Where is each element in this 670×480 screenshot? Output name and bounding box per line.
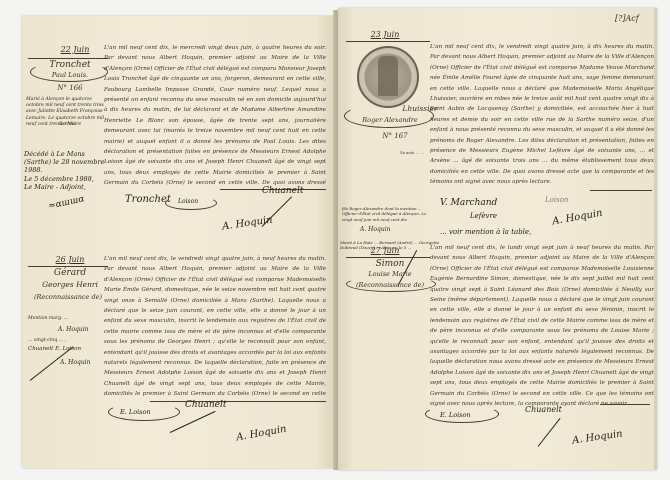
margin-rule — [346, 41, 430, 42]
act-given-names: Georges Henri — [30, 280, 110, 289]
signature-flourish — [108, 403, 180, 421]
closing-rule — [150, 401, 326, 402]
act-surname: Simon — [350, 259, 430, 269]
name-bracket — [344, 104, 434, 128]
margin-note-signer: A. Hoquin — [58, 327, 108, 333]
name-bracket — [346, 276, 436, 292]
margin-note-signer: A. Hoquin — [360, 227, 410, 233]
act-body: L'an mil neuf cent dix, le vendredi ving… — [104, 254, 326, 400]
page-number: [?]Acf — [615, 14, 639, 23]
margin-note-recognition: fils Roger Alexandre dont la mention ...… — [342, 206, 436, 222]
margin-rule — [28, 58, 108, 59]
act-date: 26 Juin — [40, 255, 100, 264]
signature-declarant: V. Marchand — [440, 198, 497, 208]
act-surname: Gérard — [30, 268, 110, 278]
margin-note-text: ... vingt-cinq ... , — [28, 338, 108, 344]
signature-witness-2: Chuanelt — [262, 186, 303, 196]
margin-rule — [28, 266, 108, 267]
republique-francaise-seal — [357, 46, 419, 108]
act-number: N° 167 — [375, 132, 415, 140]
signature-witness-1: Lefèvre — [470, 212, 497, 220]
signature-witness-2: Chuanelt — [185, 400, 226, 410]
margin-note-mention: Mention marg. ... — [28, 316, 108, 322]
margin-note-signer: Le Maire — [60, 122, 100, 128]
signature-witness-2: Loison — [545, 196, 568, 204]
act-body: L'an mil neuf cent dix, le lundi vingt s… — [430, 243, 654, 409]
closing-rule — [590, 190, 652, 191]
closing-rule — [600, 404, 650, 405]
act-date: 23 Juin — [355, 30, 415, 39]
margin-note-date: Le 5 décembre 1988, — [24, 175, 114, 183]
margin-note-officer: A. Hoquin — [60, 360, 110, 366]
act-body: L'an mil neuf cent dix, le vendredi ving… — [430, 42, 654, 188]
act-date: 22 Juin — [40, 45, 110, 54]
signature-flourish — [425, 405, 499, 423]
signature-father: Tronchet — [125, 194, 171, 205]
margin-note-death: Décédé à Le Mans (Sarthe) le 28 novembre… — [24, 150, 114, 174]
act-date: 27 Juin — [355, 246, 415, 255]
signature-witness-2: Chuanelt — [525, 405, 562, 414]
margin-note-office: Le Maire - Adjoint, — [24, 183, 114, 191]
act-subtitle: (Reconnaissance de) — [24, 293, 112, 301]
act-body: L'an mil neuf cent dix, le mercredi ving… — [104, 43, 326, 189]
table-mention-note: ... voir mention à la table, — [440, 228, 531, 236]
name-bracket — [30, 62, 108, 82]
margin-rule — [346, 257, 430, 258]
signature-flourish — [165, 196, 217, 210]
act-number: N° 166 — [40, 84, 100, 92]
